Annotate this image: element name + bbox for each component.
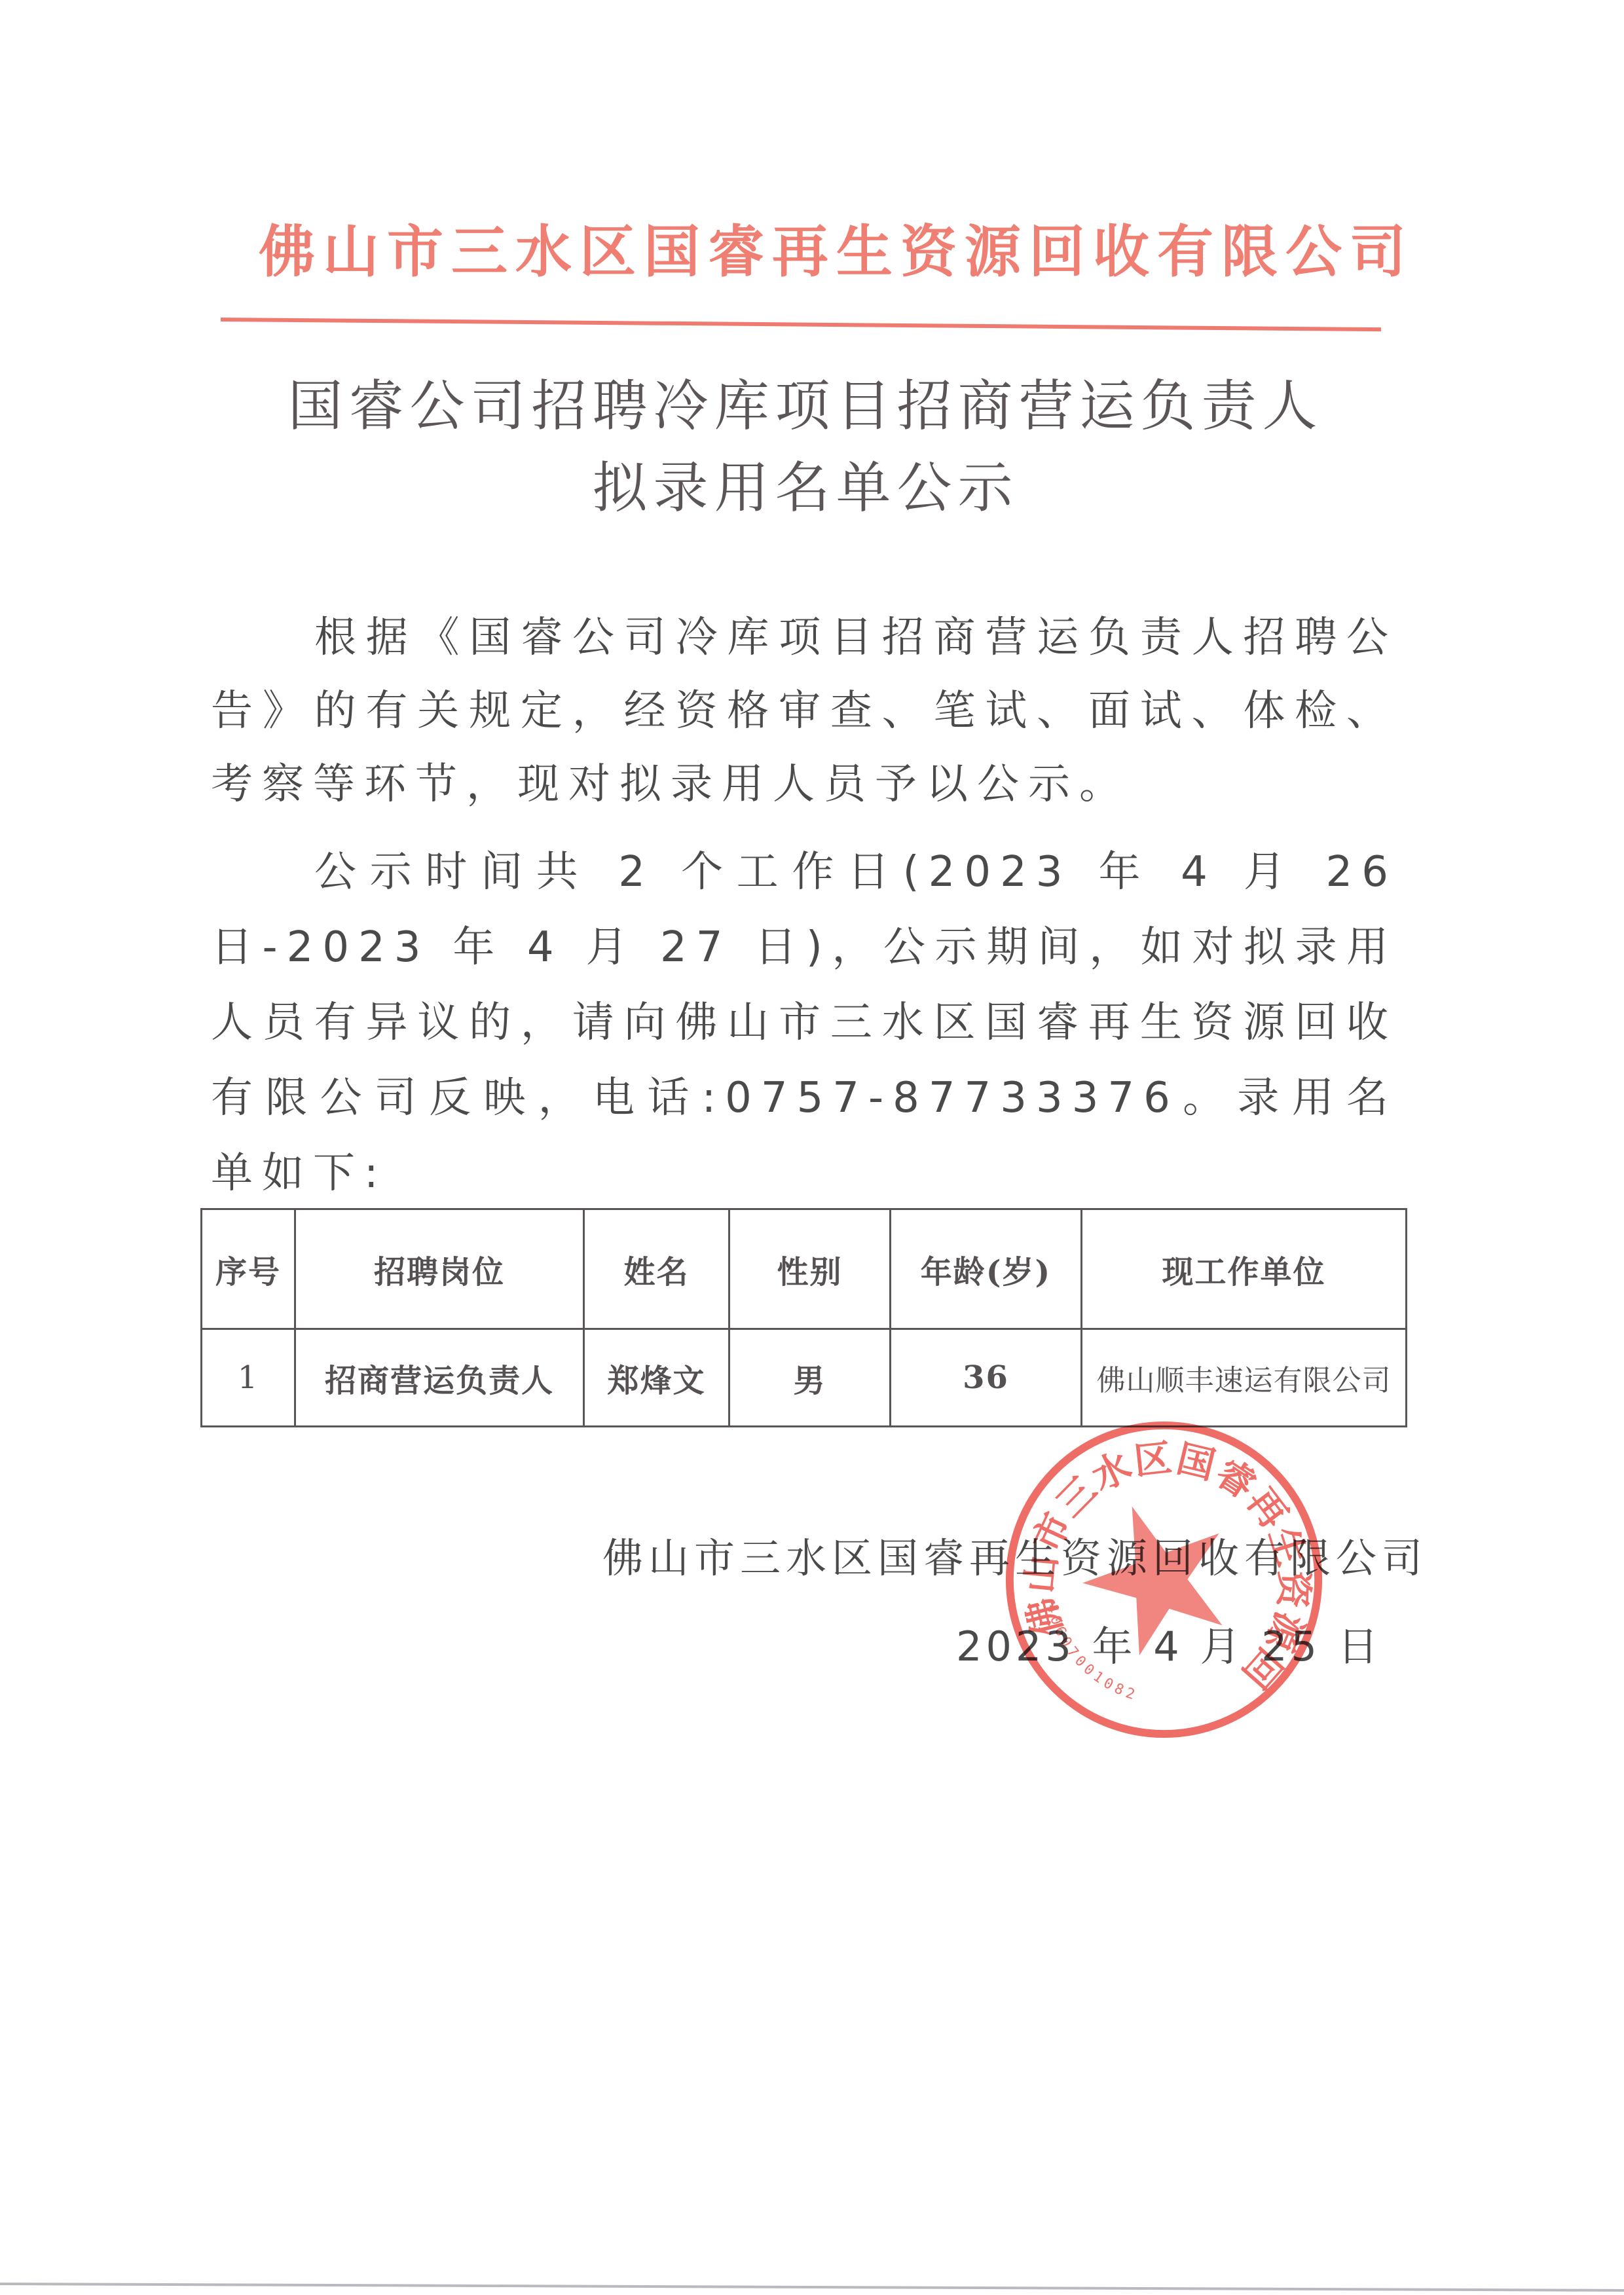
table-header-row: 序号 招聘岗位 姓名 性别 年龄(岁) 现工作单位 — [202, 1209, 1407, 1329]
letterhead-company-name: 佛山市三水区国睿再生资源回收有限公司 — [259, 216, 1365, 288]
cell-position: 招商营运负责人 — [295, 1329, 584, 1427]
header-name: 姓名 — [584, 1209, 729, 1329]
header-gender: 性别 — [729, 1209, 891, 1329]
cell-name: 郑烽文 — [584, 1329, 729, 1427]
document-title-line-2: 拟录用名单公示 — [196, 455, 1414, 521]
hire-list-table: 序号 招聘岗位 姓名 性别 年龄(岁) 现工作单位 1 招商营运负责人 郑烽文 … — [200, 1208, 1407, 1427]
document-title-line-1: 国睿公司招聘冷库项目招商营运负责人 — [196, 373, 1414, 439]
scan-edge-line — [0, 2283, 1624, 2292]
header-age: 年龄(岁) — [891, 1209, 1082, 1329]
company-seal-icon: 佛山市三水区国睿再生资源回收有限公司 406070010824B — [1002, 1418, 1326, 1742]
cell-gender: 男 — [729, 1329, 891, 1427]
letterhead-red-rule — [221, 318, 1381, 331]
header-employer: 现工作单位 — [1082, 1209, 1407, 1329]
header-index: 序号 — [202, 1209, 295, 1329]
document-page: 佛山市三水区国睿再生资源回收有限公司 国睿公司招聘冷库项目招商营运负责人 拟录用… — [0, 0, 1624, 2295]
table-row: 1 招商营运负责人 郑烽文 男 36 佛山顺丰速运有限公司 — [202, 1329, 1407, 1427]
header-position: 招聘岗位 — [295, 1209, 584, 1329]
body-paragraph-1: 根据《国睿公司冷库项目招商营运负责人招聘公告》的有关规定，经资格审查、笔试、面试… — [211, 601, 1397, 821]
cell-index: 1 — [202, 1329, 295, 1427]
cell-age: 36 — [891, 1329, 1082, 1427]
cell-employer: 佛山顺丰速运有限公司 — [1082, 1329, 1407, 1427]
body-paragraph-2: 公示时间共 2 个工作日(2023 年 4 月 26 日-2023 年 4 月 … — [211, 835, 1397, 1211]
